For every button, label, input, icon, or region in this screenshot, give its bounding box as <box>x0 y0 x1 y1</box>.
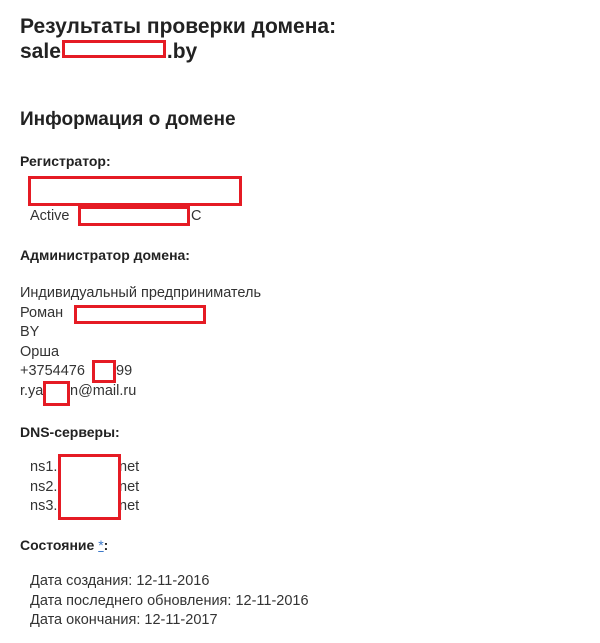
registrar-status-prefix: Active <box>30 208 70 224</box>
page-title-line1: Результаты проверки домена: <box>20 14 336 39</box>
dns-server: ns3. <box>30 497 57 517</box>
admin-phone-prefix: +3754476 <box>20 363 85 379</box>
created-date-label: Дата создания: <box>30 573 132 589</box>
page-title: Результаты проверки домена: sale.by <box>20 14 336 64</box>
admin-country: BY <box>20 323 39 343</box>
registrar-label: Регистратор: <box>20 152 111 170</box>
updated-date-value: 12-11-2016 <box>235 593 308 609</box>
admin-email-suffix: n@mail.ru <box>70 382 136 402</box>
redaction-box <box>74 305 206 324</box>
status-label-text: Состояние <box>20 537 94 553</box>
created-date-value: 12-11-2016 <box>136 573 209 589</box>
redaction-box <box>58 454 121 520</box>
updated-date-label: Дата последнего обновления: <box>30 593 231 609</box>
admin-label: Администратор домена: <box>20 246 190 264</box>
redaction-box <box>28 176 242 206</box>
created-date: Дата создания: 12-11-2016 <box>30 572 209 592</box>
admin-name: Роман <box>20 304 63 324</box>
section-title-domain-info: Информация о домене <box>20 108 236 132</box>
admin-name-prefix: Роман <box>20 305 63 321</box>
admin-type: Индивидуальный предприниматель <box>20 284 261 304</box>
admin-phone-suffix: 99 <box>116 362 132 382</box>
registrar-status: Active <box>30 207 70 227</box>
admin-phone: +3754476 <box>20 362 85 382</box>
dns-server-suffix: net <box>119 458 139 478</box>
redaction-box <box>62 40 166 58</box>
dns-server: ns1. <box>30 458 57 478</box>
domain-name: sale.by <box>20 39 336 64</box>
domain-suffix: .by <box>167 40 197 63</box>
admin-city: Орша <box>20 343 59 363</box>
domain-prefix: sale <box>20 40 61 63</box>
dns-label: DNS-серверы: <box>20 423 120 441</box>
registrar-status-suffix: C <box>191 207 201 227</box>
status-label-colon: : <box>104 537 109 553</box>
updated-date: Дата последнего обновления: 12-11-2016 <box>30 592 309 612</box>
expires-date: Дата окончания: 12-11-2017 <box>30 611 218 631</box>
redaction-box <box>43 381 70 406</box>
admin-email-prefix: r.ya <box>20 383 43 399</box>
dns-server-suffix: net <box>119 478 139 498</box>
redaction-box <box>78 206 190 226</box>
expires-date-label: Дата окончания: <box>30 612 140 628</box>
redaction-box <box>92 360 116 383</box>
expires-date-value: 12-11-2017 <box>144 612 217 628</box>
admin-email: r.ya <box>20 382 43 402</box>
dns-server: ns2. <box>30 478 57 498</box>
dns-server-suffix: net <box>119 497 139 517</box>
status-label: Состояние *: <box>20 536 108 554</box>
